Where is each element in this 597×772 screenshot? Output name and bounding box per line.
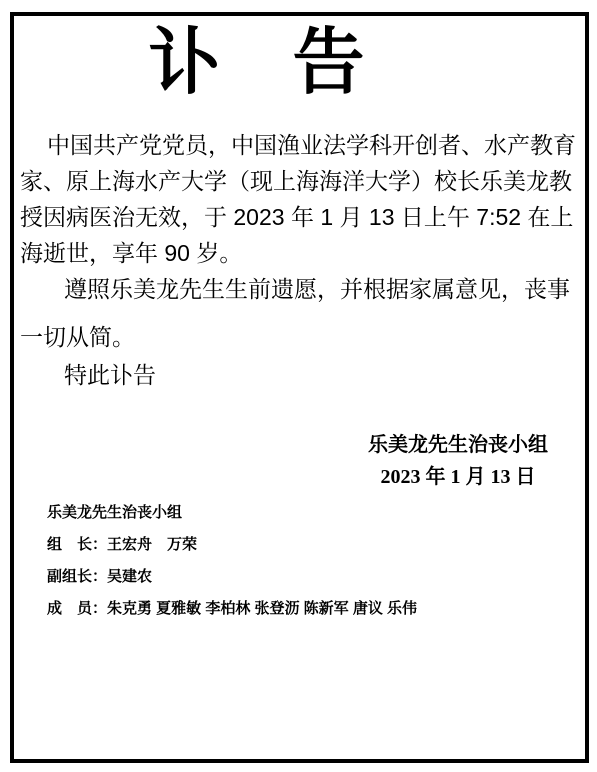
paragraph-funeral-arrangement: 遵照乐美龙先生生前遗愿，并根据家属意见，丧事 一切从简。 xyxy=(20,265,581,361)
notice-sheet: 讣 告 中国共产党党员，中国渔业法学科开创者、水产教育 家、原上海水产大学（现上… xyxy=(10,12,589,763)
body-line: 一切从简。 xyxy=(20,313,581,361)
committee-names: 吴建农 xyxy=(107,568,152,585)
signature-date: 2023 年 1 月 13 日 xyxy=(368,461,548,493)
committee-names: 王宏舟 万荣 xyxy=(107,536,197,553)
committee-block: 乐美龙先生治丧小组 组 长：王宏舟 万荣 副组长：吴建农 成 员：朱克勇 夏雅敏… xyxy=(14,497,585,625)
page-title: 讣 告 xyxy=(10,16,542,111)
committee-role-label: 副组长： xyxy=(47,568,107,585)
body-line: 家、原上海水产大学（现上海海洋大学）校长乐美龙教 xyxy=(20,163,581,199)
body-line: 遵照乐美龙先生生前遗愿，并根据家属意见，丧事 xyxy=(20,265,581,313)
committee-row-deputy-leader: 副组长：吴建农 xyxy=(47,561,585,593)
committee-row-leader: 组 长：王宏舟 万荣 xyxy=(47,529,585,561)
signature-group-name: 乐美龙先生治丧小组 xyxy=(368,429,548,461)
committee-role-label: 成 员： xyxy=(47,600,107,617)
committee-heading: 乐美龙先生治丧小组 xyxy=(47,497,585,529)
signature-block: 乐美龙先生治丧小组 2023 年 1 月 13 日 xyxy=(368,429,548,493)
closing-line: 特此讣告 xyxy=(20,357,581,393)
committee-names: 朱克勇 夏雅敏 李柏林 张登沥 陈新军 唐议 乐伟 xyxy=(107,600,417,617)
body-line: 授因病医治无效，于 2023 年 1 月 13 日上午 7:52 在上 xyxy=(20,199,581,235)
paragraph-deceased-info: 中国共产党党员，中国渔业法学科开创者、水产教育 家、原上海水产大学（现上海海洋大… xyxy=(20,127,581,271)
notice-body: 中国共产党党员，中国渔业法学科开创者、水产教育 家、原上海水产大学（现上海海洋大… xyxy=(14,127,585,393)
body-line: 中国共产党党员，中国渔业法学科开创者、水产教育 xyxy=(20,127,581,163)
committee-row-members: 成 员：朱克勇 夏雅敏 李柏林 张登沥 陈新军 唐议 乐伟 xyxy=(47,593,585,625)
committee-role-label: 组 长： xyxy=(47,536,107,553)
